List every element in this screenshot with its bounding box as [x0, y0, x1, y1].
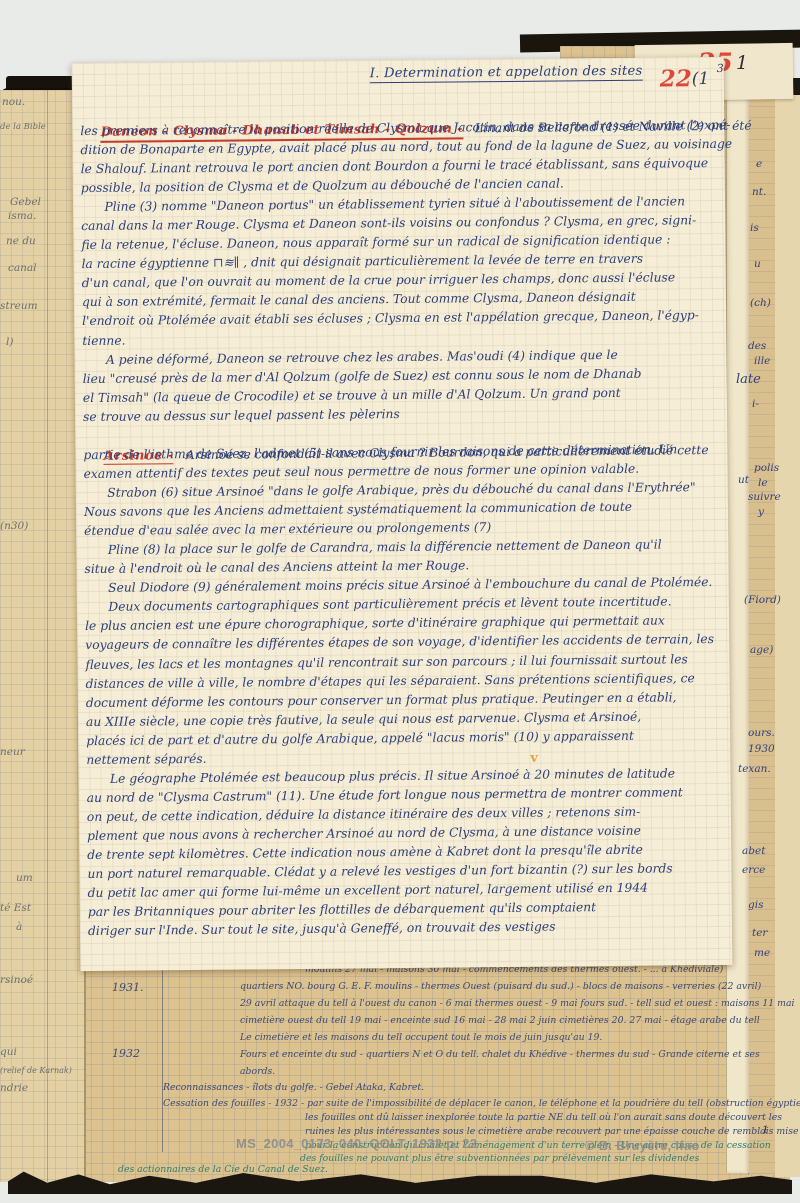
note-line: des fouilles ne pouvant plus être subven…: [300, 1153, 699, 1164]
sheet-page-number-paren: (1: [692, 69, 710, 89]
right-margin-fragment: 1930: [748, 743, 775, 755]
left-margin-fragment: à: [16, 921, 22, 933]
left-margin-fragment: qui: [0, 1046, 17, 1058]
text-block: les premiers à reconnaître la position r…: [80, 116, 725, 427]
left-margin-fragment: isma.: [8, 210, 36, 222]
left-margin-fragment: té Est: [0, 902, 31, 914]
note-line: quartiers NO. bourg G. E. F. moulins - t…: [240, 981, 761, 992]
right-margin-fragment: nt.: [752, 186, 766, 198]
note-line: abords.: [240, 1066, 275, 1077]
page-edge-strip: [726, 95, 749, 1173]
right-margin-fragment: texan.: [738, 763, 771, 775]
photo-backdrop: { "inks": {"blue": "#2d3f78", "red": "#c…: [0, 0, 800, 1203]
right-margin-fragment: e: [756, 158, 762, 170]
note-line: Le cimetière et les maisons du tell occu…: [240, 1032, 602, 1043]
right-margin-fragment: u: [754, 258, 761, 270]
note-line: cimetière ouest du tell 19 mai - enceint…: [240, 1015, 760, 1026]
right-margin-fragment: i-: [752, 398, 759, 410]
sheet-page-number-red: 22: [660, 65, 692, 92]
watermark-id: MS_2004_0173_040. QOLT, 1932 p. 22: [236, 1136, 477, 1151]
note-line: Fours et enceinte du sud - quartiers N e…: [240, 1049, 760, 1060]
right-margin-fragment: gis: [748, 899, 763, 911]
right-margin-fragment: polis: [754, 462, 779, 474]
right-margin-fragment: le: [758, 477, 768, 489]
right-margin-fragment: des: [748, 340, 766, 352]
right-margin-fragment: y: [758, 506, 764, 518]
right-margin-fragment: late: [736, 372, 761, 387]
sheet-corner-note: 3: [717, 62, 724, 75]
text-block: partie de l'isthme de Suez, l'admet (5) …: [83, 440, 730, 941]
right-margin-fragment: is: [750, 222, 759, 234]
left-margin-fragment: streum: [0, 300, 38, 312]
right-margin-fragment: erce: [742, 864, 765, 876]
left-margin-fragment: nou.: [2, 96, 25, 108]
left-margin-fragment: l): [6, 336, 13, 348]
left-margin-fragment: (relief de Karnak): [0, 1066, 72, 1075]
right-margin-fragment: age): [750, 644, 773, 656]
note-line: les fouilles ont dû laisser inexplorée t…: [305, 1112, 782, 1123]
right-margin-fragment: (Fiord): [744, 594, 781, 606]
left-margin-fragment: (n30): [0, 520, 28, 532]
right-margin-fragment: ille: [754, 355, 770, 367]
left-margin-fragment: de la Bible: [0, 122, 46, 132]
left-margin-fragment: ne du: [6, 235, 36, 247]
left-margin-fragment: rsinoé: [0, 974, 33, 986]
column-rule: [162, 962, 163, 1152]
insert-caret-mark: v: [530, 751, 538, 766]
note-line: 29 avril attaque du tell à l'ouest du ca…: [240, 998, 795, 1009]
page-fold-line: [47, 90, 48, 1182]
note-line: Reconnaissances - îlots du golfe. - Gebe…: [163, 1082, 424, 1093]
right-margin-fragment: ours.: [748, 727, 775, 739]
right-margin-fragment: me: [754, 947, 770, 959]
left-margin-fragment: ndrie: [0, 1082, 28, 1094]
right-margin-fragment: (ch): [750, 297, 771, 309]
note-line: Cessation des fouilles - 1932 - par suit…: [163, 1098, 800, 1109]
page-title: I. Determination et appelation des sites: [370, 64, 643, 84]
right-margin-fragment: ter: [752, 927, 767, 939]
year-1931: 1931.: [112, 981, 144, 994]
note-line: des actionnaires de la Cie du Canal de S…: [118, 1164, 328, 1175]
left-margin-fragment: neur: [0, 746, 25, 758]
page-edge-strip: [774, 95, 800, 1177]
right-margin-fragment: suivre: [748, 491, 781, 503]
main-sheet: I. Determination et appelation des sites…: [72, 57, 733, 971]
watermark-credit: © B. Bruyère, Ifao: [585, 1138, 700, 1153]
left-margin-fragment: Gebel: [10, 196, 41, 208]
left-margin-fragment: um: [16, 872, 33, 884]
right-margin-fragment: abet: [742, 845, 765, 857]
left-margin-fragment: canal: [8, 262, 37, 274]
year-1932: 1932: [112, 1047, 140, 1060]
page-edge-strip: [748, 95, 775, 1175]
right-margin-fragment: ut: [738, 474, 749, 486]
under-page-number-dark: 1: [736, 52, 748, 74]
